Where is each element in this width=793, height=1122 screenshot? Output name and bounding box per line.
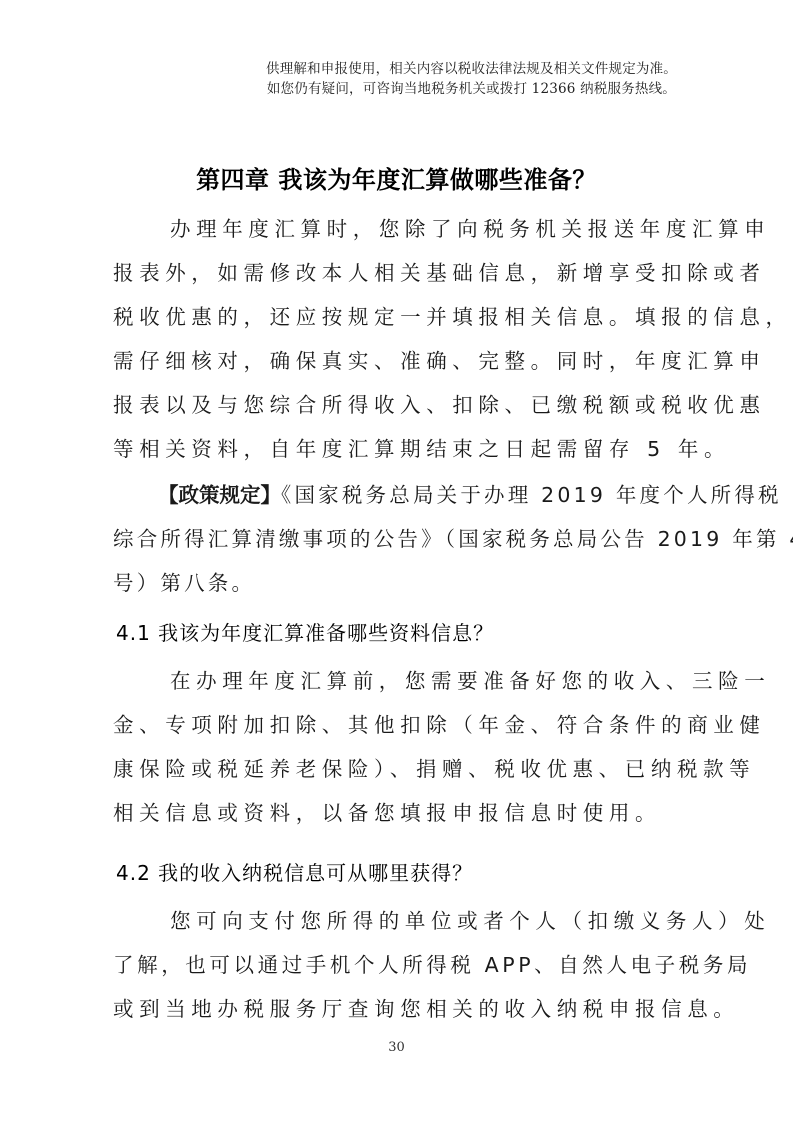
chapter-title: 第四章 我该为年度汇算做哪些准备？ bbox=[0, 160, 793, 195]
intro-paragraph-line: 报表外，如需修改本人相关基础信息，新增享受扣除或者 bbox=[113, 256, 683, 286]
intro-paragraph-line: 办理年度汇算时，您除了向税务机关报送年度汇算申 bbox=[170, 212, 740, 242]
intro-paragraph-line: 税收优惠的，还应按规定一并填报相关信息。填报的信息， bbox=[113, 300, 683, 330]
header-disclaimer-line-1: 供理解和申报使用，相关内容以税收法律法规及相关文件规定为准。 bbox=[266, 57, 677, 77]
policy-reference-text: 《国家税务总局关于办理 2019 年度个人所得税 bbox=[281, 483, 782, 507]
section-4-1-paragraph-line: 康保险或税延养老保险）、捐赠、税收优惠、已纳税款等 bbox=[113, 752, 683, 782]
intro-paragraph-line: 报表以及与您综合所得收入、扣除、已缴税额或税收优惠 bbox=[113, 388, 683, 418]
policy-paragraph-line: 【政策规定】《国家税务总局关于办理 2019 年度个人所得税 bbox=[158, 478, 728, 508]
header-disclaimer-line-2: 如您仍有疑问，可咨询当地税务机关或拨打 12366 纳税服务热线。 bbox=[267, 77, 676, 97]
policy-paragraph-line: 综合所得汇算清缴事项的公告》（国家税务总局公告 2019 年第 44 bbox=[113, 522, 683, 552]
section-4-2-paragraph-line: 或到当地办税服务厅查询您相关的收入纳税申报信息。 bbox=[113, 992, 683, 1022]
document-page: 供理解和申报使用，相关内容以税收法律法规及相关文件规定为准。 如您仍有疑问，可咨… bbox=[0, 0, 793, 1122]
section-heading-4-2: 4.2 我的收入纳税信息可从哪里获得？ bbox=[116, 857, 473, 886]
page-number: 30 bbox=[0, 1040, 793, 1055]
policy-label: 【政策规定】 bbox=[158, 483, 281, 507]
intro-paragraph-line: 需仔细核对，确保真实、准确、完整。同时，年度汇算申 bbox=[113, 344, 683, 374]
section-4-1-paragraph-line: 在办理年度汇算前，您需要准备好您的收入、三险一 bbox=[170, 664, 740, 694]
section-4-1-paragraph-line: 相关信息或资料，以备您填报申报信息时使用。 bbox=[113, 796, 683, 826]
section-4-2-paragraph-line: 了解，也可以通过手机个人所得税 APP、自然人电子税务局 bbox=[113, 948, 683, 978]
intro-paragraph-line: 等相关资料，自年度汇算期结束之日起需留存 5 年。 bbox=[113, 432, 683, 462]
section-4-1-paragraph-line: 金、专项附加扣除、其他扣除（年金、符合条件的商业健 bbox=[113, 708, 683, 738]
section-4-2-paragraph-line: 您可向支付您所得的单位或者个人（扣缴义务人）处 bbox=[170, 904, 740, 934]
section-heading-4-1: 4.1 我该为年度汇算准备哪些资料信息？ bbox=[116, 617, 494, 646]
policy-paragraph-line: 号）第八条。 bbox=[113, 566, 683, 596]
